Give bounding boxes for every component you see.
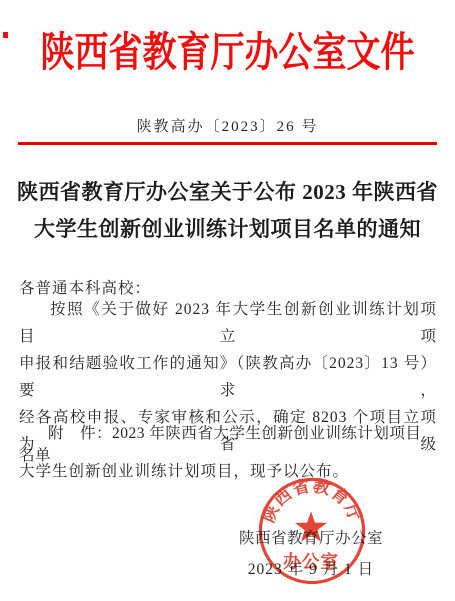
attachment-line: 附 件：2023 年陕西省大学生创新创业训练计划项目名单 xyxy=(19,421,437,465)
document-title-line1: 陕西省教育厅办公室关于公布 2023 年陕西省 xyxy=(0,174,455,211)
body-line: 按照《关于做好 2023 年大学生创新创业训练计划项目立项 xyxy=(19,296,437,350)
document-number: 陕教高办〔2023〕26 号 xyxy=(0,115,455,136)
document-title-line2: 大学生创新创业训练计划项目名单的通知 xyxy=(0,211,455,248)
red-divider-line xyxy=(18,142,437,145)
document-title: 陕西省教育厅办公室关于公布 2023 年陕西省 大学生创新创业训练计划项目名单的… xyxy=(0,174,455,248)
official-document-page: 陕西省教育厅办公室文件 陕教高办〔2023〕26 号 陕西省教育厅办公室关于公布… xyxy=(0,0,455,601)
signature-date: 2023 年 9 月 1 日 xyxy=(233,557,389,579)
document-header-title: 陕西省教育厅办公室文件 xyxy=(0,19,455,78)
signer-name: 陕西省教育厅办公室 xyxy=(233,526,389,548)
body-line: 申报和结题验收工作的通知》（陕教高办〔2023〕13 号）要求， xyxy=(19,350,437,404)
salutation: 各普通本科高校： xyxy=(19,276,151,298)
